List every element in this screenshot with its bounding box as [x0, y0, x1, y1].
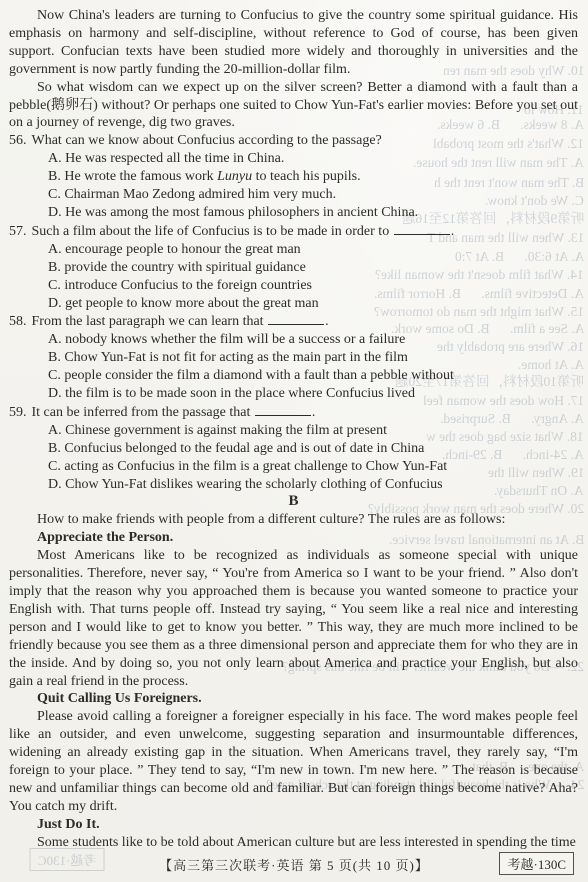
- question-option: C. Chairman Mao Zedong admired him very …: [9, 186, 578, 204]
- section-b-intro: How to make friends with people from a d…: [9, 511, 578, 529]
- section-b-heading: B: [9, 493, 578, 511]
- question-option: A. encourage people to honour the great …: [9, 241, 578, 259]
- question-option: B. provide the country with spiritual gu…: [9, 259, 578, 277]
- question-option: A. Chinese government is against making …: [9, 422, 578, 440]
- rule-body: Please avoid calling a foreigner a forei…: [9, 708, 578, 815]
- passage-paragraph: So what wisdom can we expect up on the s…: [9, 79, 578, 133]
- question-57: 57.Such a film about the life of Confuci…: [9, 222, 578, 313]
- question-option: D. get people to know more about the gre…: [9, 295, 578, 313]
- exam-page-scan: 10. Why does the man ren11. How loA. 8 w…: [0, 0, 588, 882]
- question-stem: 56.What can we know about Confucius acco…: [9, 132, 578, 150]
- stem-tail: .: [451, 224, 455, 239]
- question-59: 59.It can be inferred from the passage t…: [9, 403, 578, 494]
- rule-heading-appreciate-the-person: Appreciate the Person.: [9, 529, 578, 547]
- question-stem-text: Such a film about the life of Confucius …: [32, 224, 390, 239]
- question-option: C. introduce Confucius to the foreign co…: [9, 277, 578, 295]
- book-title-italic: Lunyu: [217, 169, 252, 184]
- passage-paragraph: Now China's leaders are turning to Confu…: [9, 7, 578, 79]
- rule-body: Most Americans like to be recognized as …: [9, 547, 578, 690]
- question-stem-text: From the last paragraph we can learn tha…: [32, 314, 264, 329]
- option-text: B. He wrote the famous work: [48, 169, 217, 184]
- question-option: A. He was respected all the time in Chin…: [9, 150, 578, 168]
- question-option: B. He wrote the famous work Lunyu to tea…: [9, 168, 578, 186]
- page-content: Now China's leaders are turning to Confu…: [0, 0, 588, 852]
- question-option: D. the film is to be made soon in the pl…: [9, 385, 578, 403]
- answer-blank: [268, 312, 324, 325]
- question-option: B. Confucius belonged to the feudal age …: [9, 440, 578, 458]
- question-option: D. He was among the most famous philosop…: [9, 204, 578, 222]
- stem-tail: .: [312, 405, 316, 420]
- question-stem: 59.It can be inferred from the passage t…: [9, 403, 578, 422]
- question-number: 56.: [9, 133, 27, 148]
- question-option: A. nobody knows whether the film will be…: [9, 331, 578, 349]
- stem-tail: .: [325, 314, 329, 329]
- question-stem: 57.Such a film about the life of Confuci…: [9, 222, 578, 241]
- question-58: 58.From the last paragraph we can learn …: [9, 312, 578, 403]
- question-stem: 58.From the last paragraph we can learn …: [9, 312, 578, 331]
- exam-stamp: 考越·130C: [499, 852, 574, 875]
- rule-heading-quit-calling-us-foreigners: Quit Calling Us Foreigners.: [9, 690, 578, 708]
- question-number: 58.: [9, 314, 27, 329]
- question-56: 56.What can we know about Confucius acco…: [9, 132, 578, 222]
- option-text: to teach his pupils.: [252, 169, 361, 184]
- question-option: B. Chow Yun-Fat is not fit for acting as…: [9, 349, 578, 367]
- question-option: D. Chow Yun-Fat dislikes wearing the sch…: [9, 476, 578, 494]
- question-number: 57.: [9, 224, 27, 239]
- question-option: C. acting as Confucius in the film is a …: [9, 458, 578, 476]
- answer-blank: [394, 222, 450, 235]
- question-option: C. people consider the film a diamond wi…: [9, 367, 578, 385]
- question-stem-text: What can we know about Confucius accordi…: [32, 133, 382, 148]
- footer: 考越·130C 【高三第三次联考·英语 第 5 页(共 10 页)】 考越·13…: [0, 852, 588, 876]
- question-number: 59.: [9, 405, 27, 420]
- question-stem-text: It can be inferred from the passage that: [32, 405, 251, 420]
- rule-heading-just-do-it: Just Do It.: [9, 816, 578, 834]
- answer-blank: [255, 403, 311, 416]
